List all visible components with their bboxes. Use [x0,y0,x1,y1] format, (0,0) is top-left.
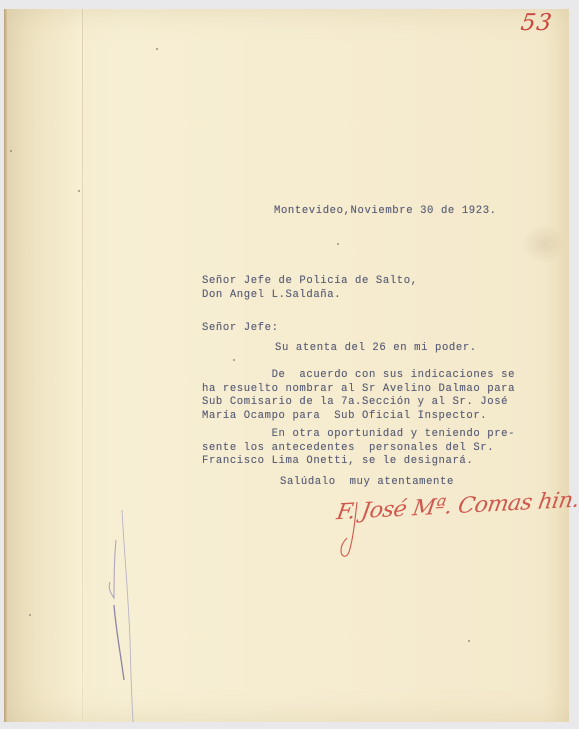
dateline: Montevideo,Noviembre 30 de 1923. [274,205,497,219]
paragraph-line: Sub Comisario de la 7a.Sección y al Sr. … [202,396,508,408]
paper-speck [468,640,470,642]
page-number: 53 [519,10,554,36]
addressee-line: Don Angel L.Saldaña. [202,289,341,301]
paper-left-edge [4,9,7,722]
addressee-block: Señor Jefe de Policía de Salto, Don Ange… [202,275,418,302]
paragraph-line: En otra oportunidad y teniendo pre- [202,428,515,440]
paragraph-2: De acuerdo con sus indicaciones se ha re… [202,369,515,423]
paragraph-line: Su atenta del 26 en mi poder. [275,342,477,354]
paper-speck [337,243,339,245]
signature-flourish-icon [335,500,375,560]
paragraph-line: ha resuelto nombrar al Sr Avelino Dalmao… [202,383,515,395]
salutation: Señor Jefe: [202,322,279,336]
pencil-mark-icon [100,510,140,725]
paper-speck [156,48,158,50]
paper-speck [233,359,235,361]
fold-crease [82,9,83,722]
paragraph-3: En otra oportunidad y teniendo pre- sent… [202,428,515,469]
paragraph-line: Francisco Lima Onetti, se le designará. [202,455,473,467]
paper-speck [29,614,31,616]
paper-sheet [4,9,569,722]
paragraph-line: sente los antecedentes personales del Sr… [202,442,494,454]
addressee-line: Señor Jefe de Policía de Salto, [202,275,418,287]
paper-speck [10,150,12,152]
paragraph-1: Su atenta del 26 en mi poder. [275,342,477,356]
paragraph-line: De acuerdo con sus indicaciones se [202,369,515,381]
paper-speck [78,190,80,192]
paragraph-line: María Ocampo para Sub Oficial Inspector. [202,410,487,422]
closing: Salúdalo muy atentamente [280,476,454,490]
scanned-document: 53 Montevideo,Noviembre 30 de 1923. Seño… [0,0,579,729]
